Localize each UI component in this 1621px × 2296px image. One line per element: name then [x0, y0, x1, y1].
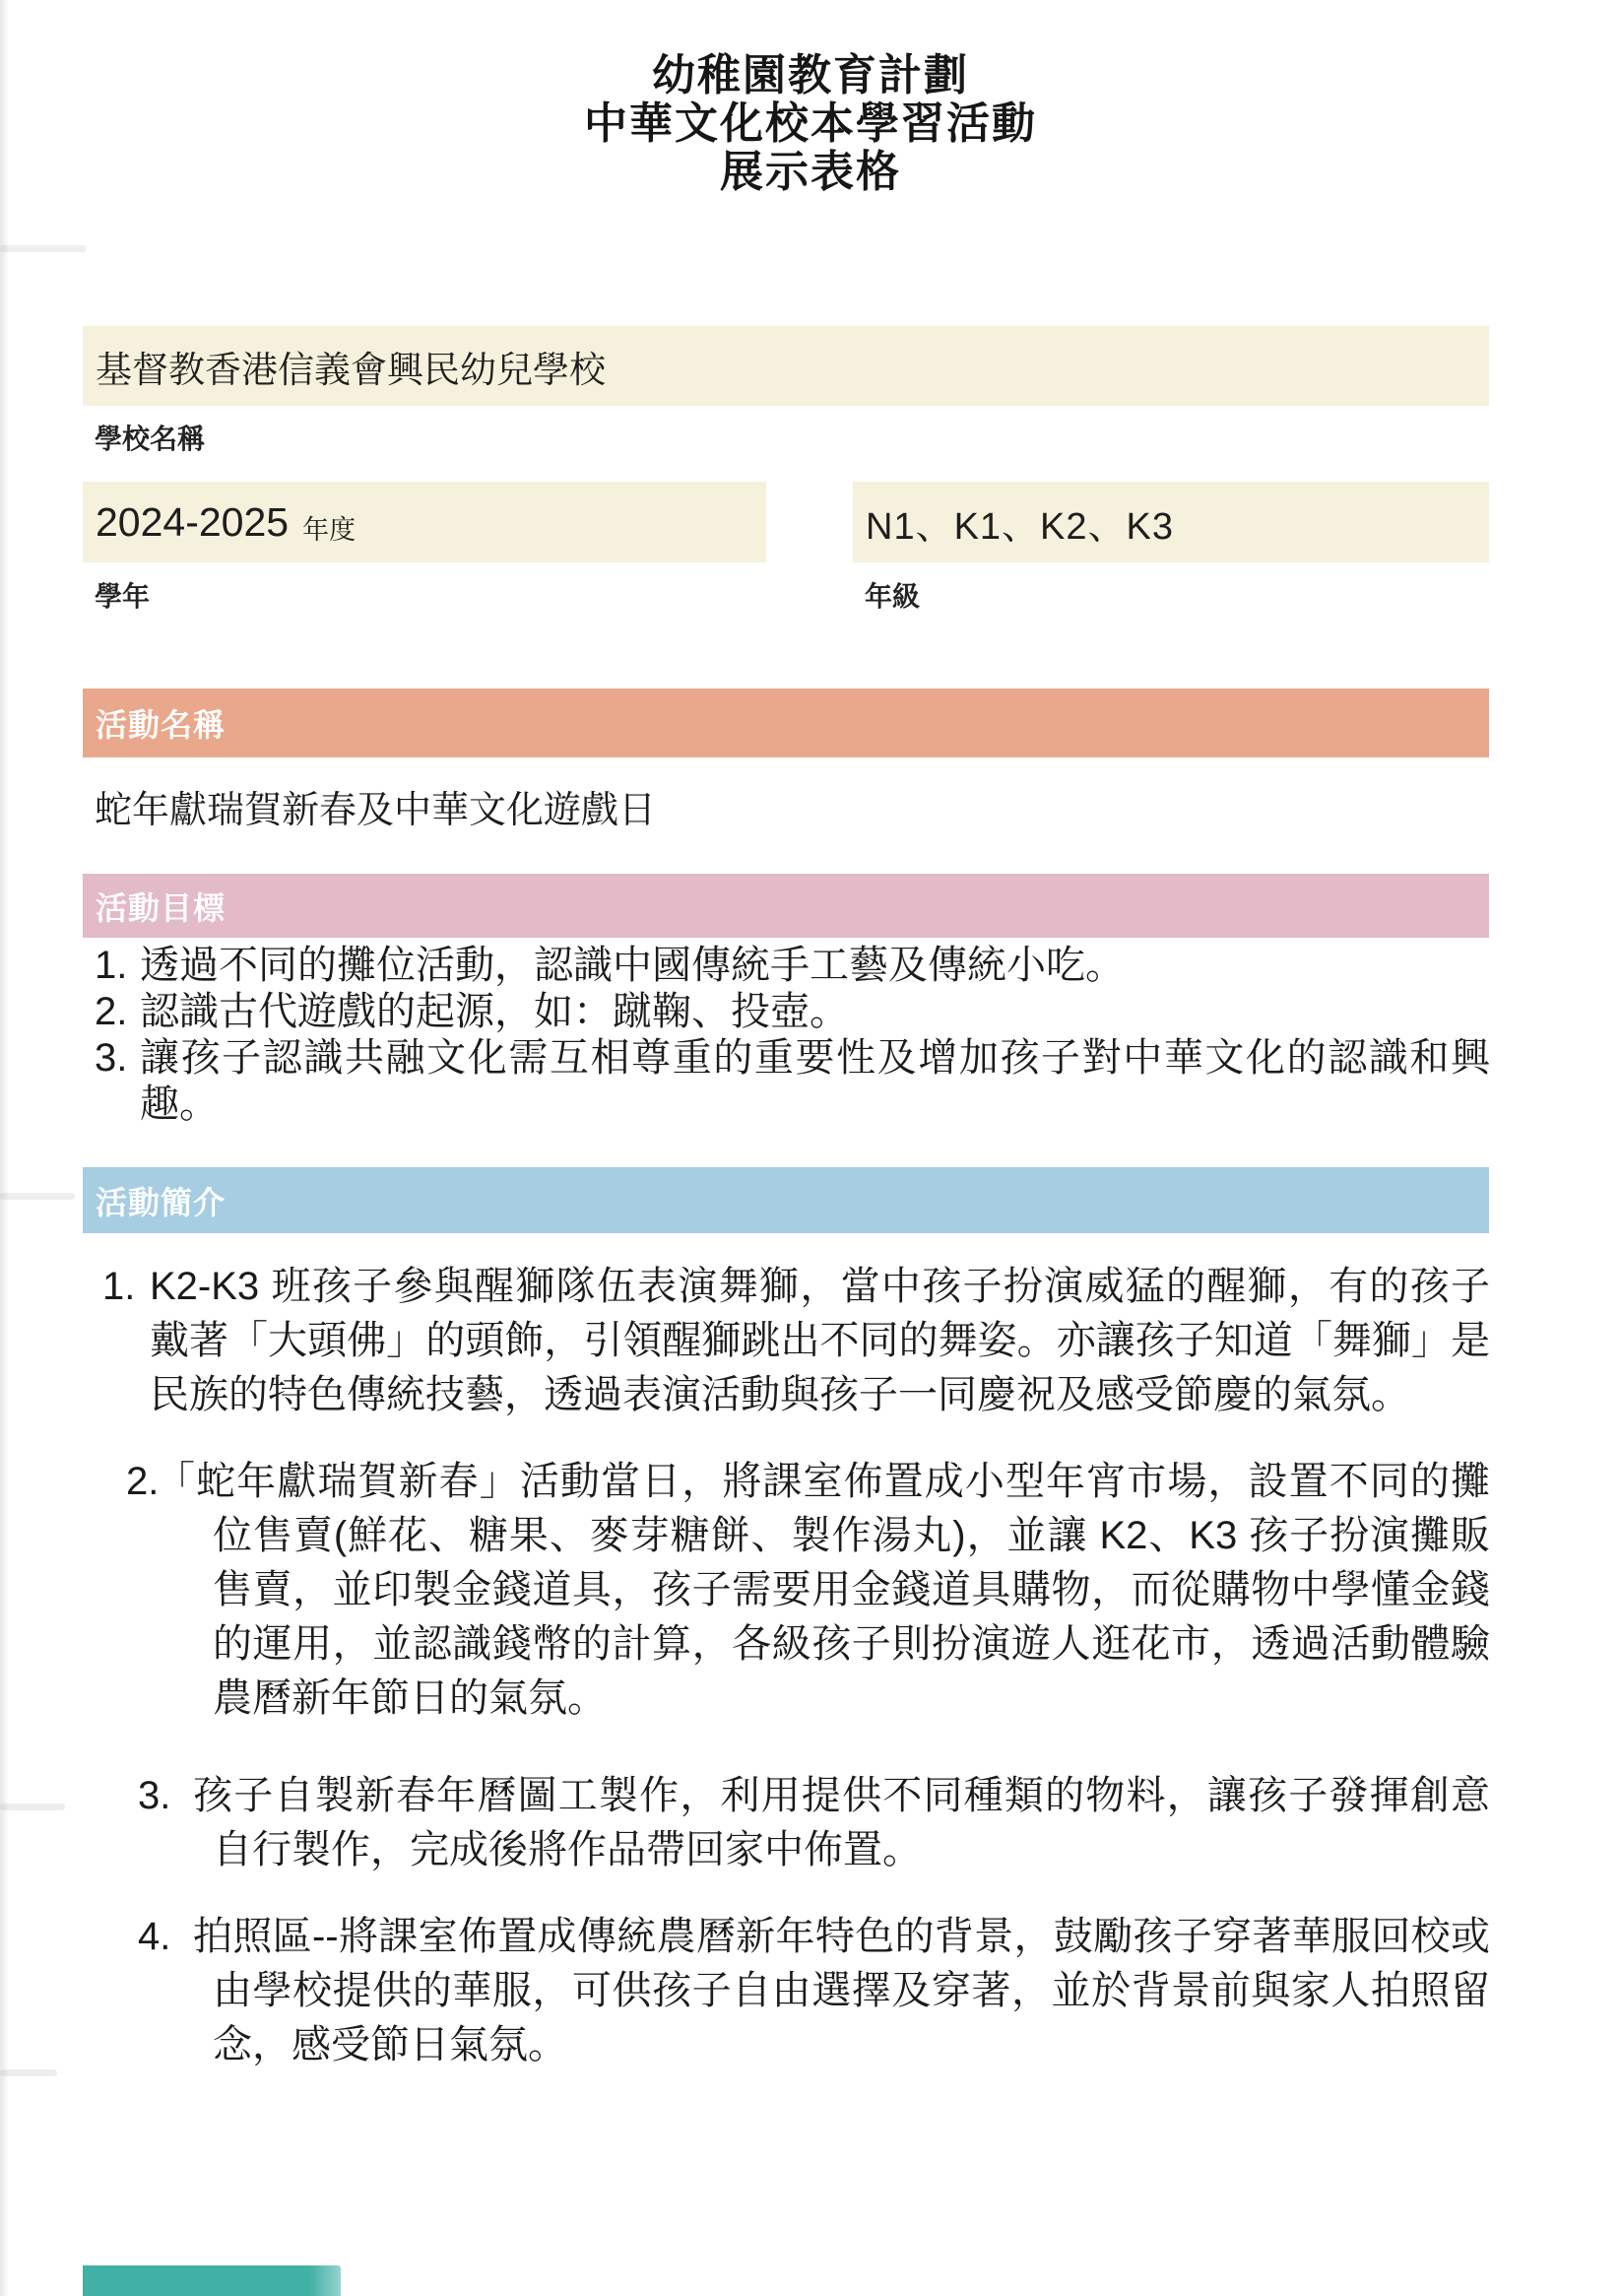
objective-item-text: 認識古代遊戲的起源，如：蹴鞠、投壺。: [140, 990, 849, 1033]
objective-item-text: 透過不同的攤位活動，認識中國傳統手工藝及傳統小吃。: [140, 944, 1125, 987]
document-title: 幼稚園教育計劃 中華文化校本學習活動 展示表格: [0, 51, 1621, 196]
scan-smudge: [0, 1804, 65, 1810]
scan-smudge: [0, 245, 87, 252]
introduction-item-text: 孩子自製新春年曆圖工製作，利用提供不同種類的物料，讓孩子發揮創意自行製作，完成後…: [213, 1769, 1490, 1877]
introduction-item-text: 「蛇年獻瑞賀新春」活動當日，將課室佈置成小型年宵市場，設置不同的攤位售賣(鮮花、…: [213, 1455, 1490, 1726]
introduction-list: 1. K2-K3 班孩子參與醒獅隊伍表演舞獅，當中孩子扮演威猛的醒獅，有的孩子戴…: [102, 1260, 1490, 2105]
section-header-activity-name: 活動名稱: [83, 689, 1489, 757]
activity-name-value: 蛇年獻瑞賀新春及中華文化遊戲日: [95, 779, 656, 833]
objective-item: 3. 讓孩子認識共融文化需互相尊重的重要性及增加孩子對中華文化的認識和興趣。: [95, 1035, 1490, 1128]
introduction-item: 2. 「蛇年獻瑞賀新春」活動當日，將課室佈置成小型年宵市場，設置不同的攤位售賣(…: [102, 1455, 1490, 1726]
school-year-value: 2024-2025: [96, 499, 289, 546]
school-name-value: 基督教香港信義會興民幼兒學校: [96, 340, 606, 393]
introduction-item: 3. 孩子自製新春年曆圖工製作，利用提供不同種類的物料，讓孩子發揮創意自行製作，…: [102, 1769, 1490, 1877]
objective-item: 1. 透過不同的攤位活動，認識中國傳統手工藝及傳統小吃。: [95, 943, 1490, 989]
introduction-item: 4. 拍照區--將課室佈置成傳統農曆新年特色的背景，鼓勵孩子穿著華服回校或由學校…: [102, 1910, 1490, 2072]
introduction-item-number: 2.: [126, 1455, 159, 1509]
section-header-activity-name-label: 活動名稱: [96, 700, 226, 746]
introduction-item-text: K2-K3 班孩子參與醒獅隊伍表演舞獅，當中孩子扮演威猛的醒獅，有的孩子戴著「大…: [150, 1260, 1490, 1422]
school-name-label: 學校名稱: [95, 418, 205, 457]
school-name-field: 基督教香港信義會興民幼兒學校: [83, 326, 1489, 406]
grades-value: N1、K1、K2、K3: [866, 495, 1174, 550]
title-line-1: 幼稚園教育計劃: [0, 51, 1621, 99]
school-year-label: 學年: [95, 575, 150, 615]
scan-smudge: [0, 1193, 75, 1200]
scan-smudge: [0, 2069, 57, 2076]
introduction-item-number: 3.: [138, 1769, 170, 1823]
introduction-item-text: 拍照區--將課室佈置成傳統農曆新年特色的背景，鼓勵孩子穿著華服回校或由學校提供的…: [213, 1910, 1490, 2072]
next-section-bar-partial: [83, 2265, 341, 2296]
introduction-item-number: 1.: [102, 1260, 135, 1314]
section-header-objectives-label: 活動目標: [96, 884, 226, 929]
section-header-introduction-label: 活動簡介: [96, 1178, 226, 1223]
objective-item: 2. 認識古代遊戲的起源，如：蹴鞠、投壺。: [95, 989, 1490, 1035]
school-year-suffix: 年度: [302, 498, 356, 547]
introduction-item: 1. K2-K3 班孩子參與醒獅隊伍表演舞獅，當中孩子扮演威猛的醒獅，有的孩子戴…: [102, 1260, 1490, 1422]
objective-item-number: 1.: [95, 943, 127, 989]
section-header-introduction: 活動簡介: [83, 1167, 1489, 1233]
objective-item-number: 2.: [95, 989, 127, 1035]
grades-label: 年級: [865, 575, 920, 615]
title-line-2: 中華文化校本學習活動: [0, 99, 1621, 148]
grades-field: N1、K1、K2、K3: [853, 482, 1489, 562]
objectives-list: 1. 透過不同的攤位活動，認識中國傳統手工藝及傳統小吃。 2. 認識古代遊戲的起…: [95, 943, 1490, 1128]
section-header-objectives: 活動目標: [83, 874, 1489, 938]
objective-item-text: 讓孩子認識共融文化需互相尊重的重要性及增加孩子對中華文化的認識和興趣。: [140, 1036, 1490, 1126]
scan-left-edge-shadow: [0, 0, 9, 2296]
title-line-3: 展示表格: [0, 148, 1621, 196]
school-year-field: 2024-2025 年度: [83, 482, 766, 562]
introduction-item-number: 4.: [138, 1910, 170, 1964]
objective-item-number: 3.: [95, 1035, 127, 1082]
